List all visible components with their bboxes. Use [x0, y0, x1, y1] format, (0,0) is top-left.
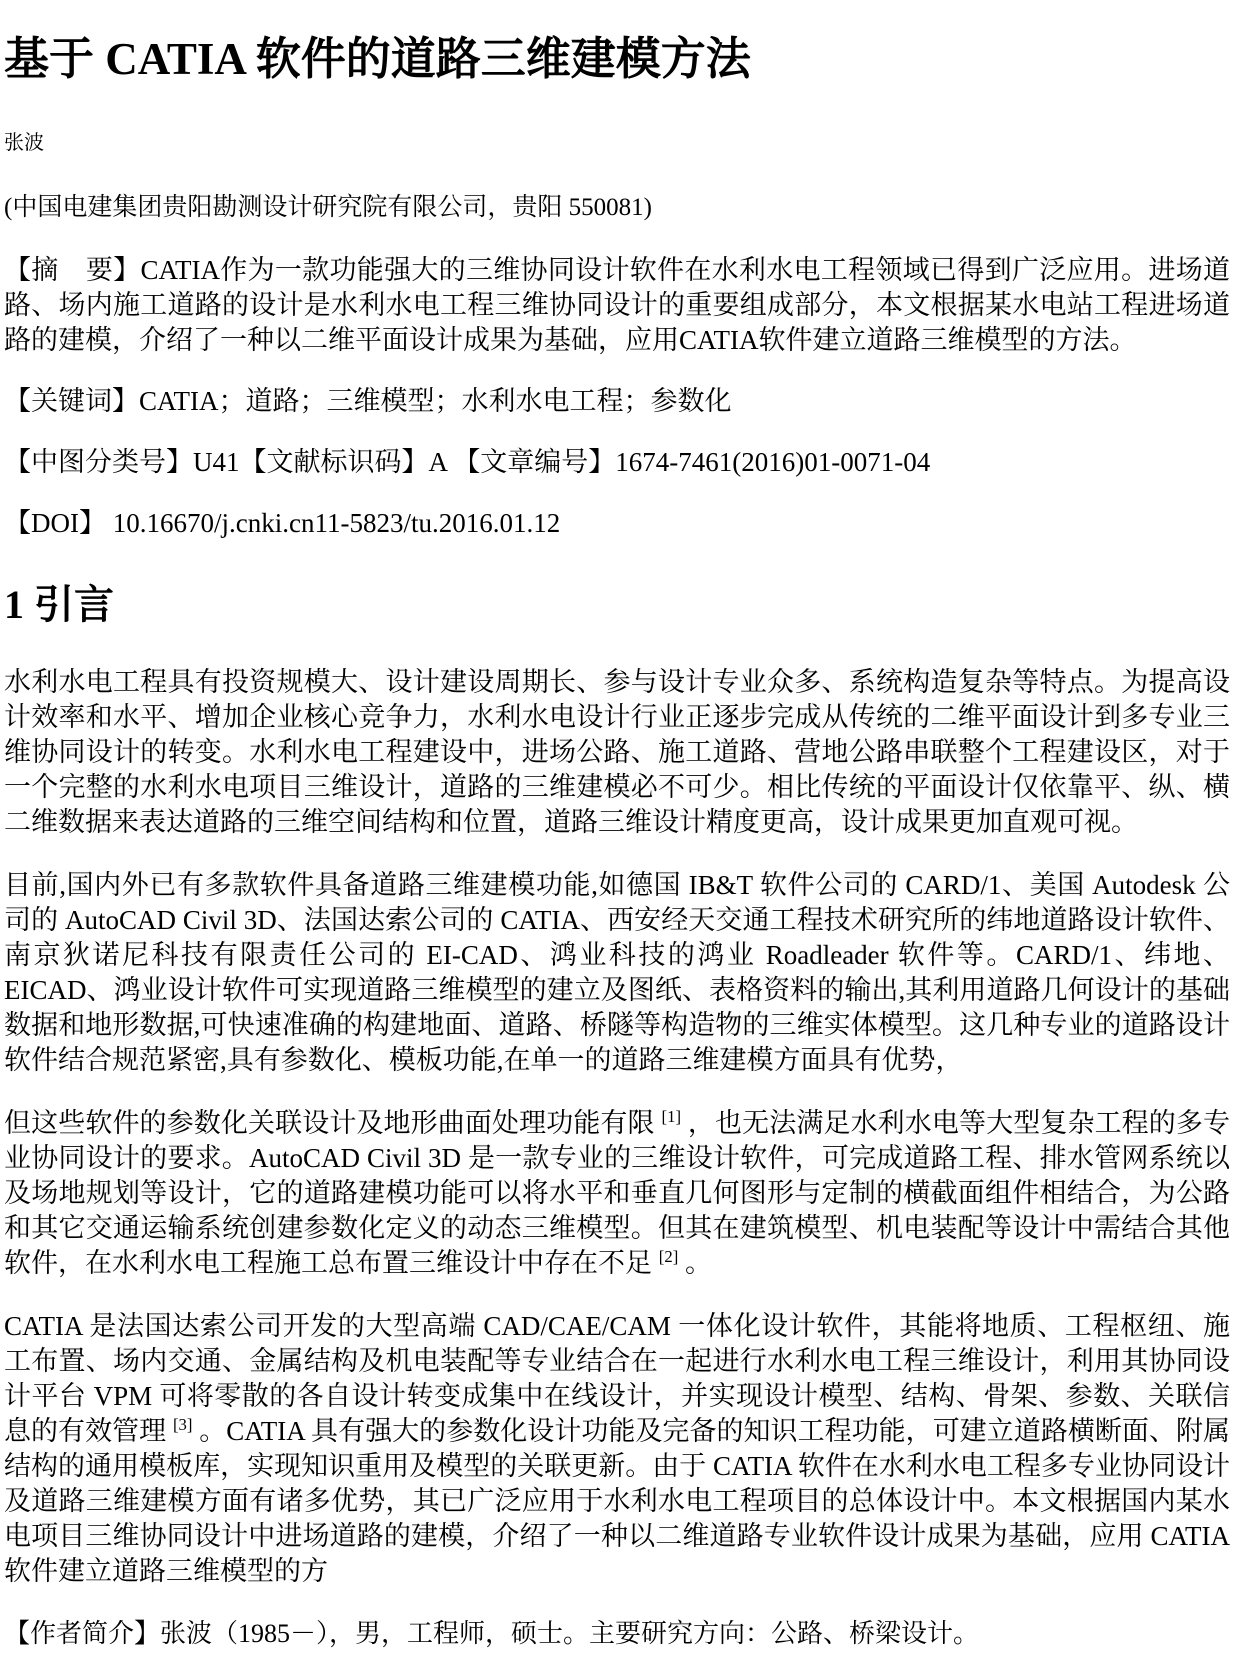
paper-page: 基于 CATIA 软件的道路三维建模方法 张波 (中国电建集团贵阳勘测设计研究院…	[0, 0, 1238, 1669]
classification-line: 【中图分类号】U41【文献标识码】A 【文章编号】1674-7461(2016)…	[4, 445, 1230, 480]
citation-superscript: [1]	[662, 1107, 682, 1126]
keywords-line: 【关键词】CATIA；道路；三维模型；水利水电工程；参数化	[4, 384, 1230, 419]
citation-superscript: [3]	[173, 1415, 193, 1434]
paragraph: CATIA 是法国达索公司开发的大型高端 CAD/CAE/CAM 一体化设计软件…	[4, 1309, 1230, 1589]
paragraph: 但这些软件的参数化关联设计及地形曲面处理功能有限 [1] ，也无法满足水利水电等…	[4, 1106, 1230, 1281]
section-heading-introduction: 1 引言	[4, 581, 1230, 629]
intro-paragraphs: 水利水电工程具有投资规模大、设计建设周期长、参与设计专业众多、系统构造复杂等特点…	[4, 665, 1230, 1589]
doi-line: 【DOI】 10.16670/j.cnki.cn11-5823/tu.2016.…	[4, 506, 1230, 541]
citation-superscript: [2]	[659, 1247, 679, 1266]
paragraph: 目前,国内外已有多款软件具备道路三维建模功能,如德国 IB&T 软件公司的 CA…	[4, 868, 1230, 1078]
paragraph: 水利水电工程具有投资规模大、设计建设周期长、参与设计专业众多、系统构造复杂等特点…	[4, 665, 1230, 840]
author-affiliation: (中国电建集团贵阳勘测设计研究院有限公司，贵阳 550081)	[4, 192, 1230, 225]
paper-title: 基于 CATIA 软件的道路三维建模方法	[4, 32, 1230, 86]
abstract: 【摘 要】CATIA作为一款功能强大的三维协同设计软件在水利水电工程领域已得到广…	[4, 253, 1230, 358]
author-bio: 【作者简介】张波（1985－），男，工程师，硕士。主要研究方向：公路、桥梁设计。	[4, 1617, 1230, 1651]
author-name: 张波	[4, 130, 1230, 156]
